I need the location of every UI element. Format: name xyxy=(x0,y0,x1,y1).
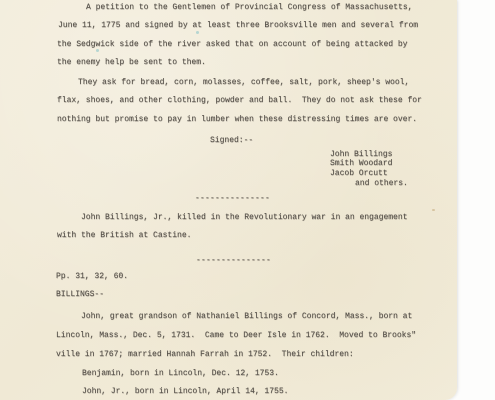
paper-speck xyxy=(196,31,199,34)
scanned-typewritten-page: A petition to the Gentlemen of Provincia… xyxy=(0,0,457,400)
note-line: John Billings, Jr., killed in the Revolu… xyxy=(81,213,407,223)
dashed-separator: --------------- xyxy=(195,194,270,204)
page-references: Pp. 31, 32, 60. xyxy=(56,272,128,282)
signature-suffix: and others. xyxy=(355,179,408,189)
petition-line: A petition to the Gentlemen of Provincia… xyxy=(86,3,412,13)
child-entry: John, Jr., born in Lincoln, April 14, 17… xyxy=(82,387,288,397)
child-entry: Benjamin, born in Lincoln, Dec. 12, 1753… xyxy=(82,369,279,379)
signature-name: Smith Woodard xyxy=(330,159,392,169)
surname-heading: BILLINGS-- xyxy=(56,290,104,300)
note-line: with the British at Castine. xyxy=(57,231,191,241)
bio-line: John, great grandson of Nathaniel Billin… xyxy=(81,312,412,322)
signed-label: Signed:-- xyxy=(210,136,253,146)
supplies-line: flax, shoes, and other clothing, powder … xyxy=(57,96,422,106)
bio-line: ville in 1767; married Hannah Farrah in … xyxy=(56,350,354,360)
supplies-line: They ask for bread, corn, molasses, coff… xyxy=(78,78,409,88)
petition-line: June 11, 1775 and signed by at least thr… xyxy=(58,21,418,31)
bio-line: Lincoln, Mass., Dec. 5, 1731. Came to De… xyxy=(56,331,416,341)
signature-name: Jacob Orcutt xyxy=(330,169,388,179)
petition-line: the Sedgwick side of the river asked tha… xyxy=(57,40,407,50)
paper-speck xyxy=(432,209,435,211)
dashed-separator: --------------- xyxy=(196,256,271,266)
petition-line: the enemy help be sent to them. xyxy=(57,58,206,68)
supplies-line: nothing but promise to pay in lumber whe… xyxy=(57,115,417,125)
